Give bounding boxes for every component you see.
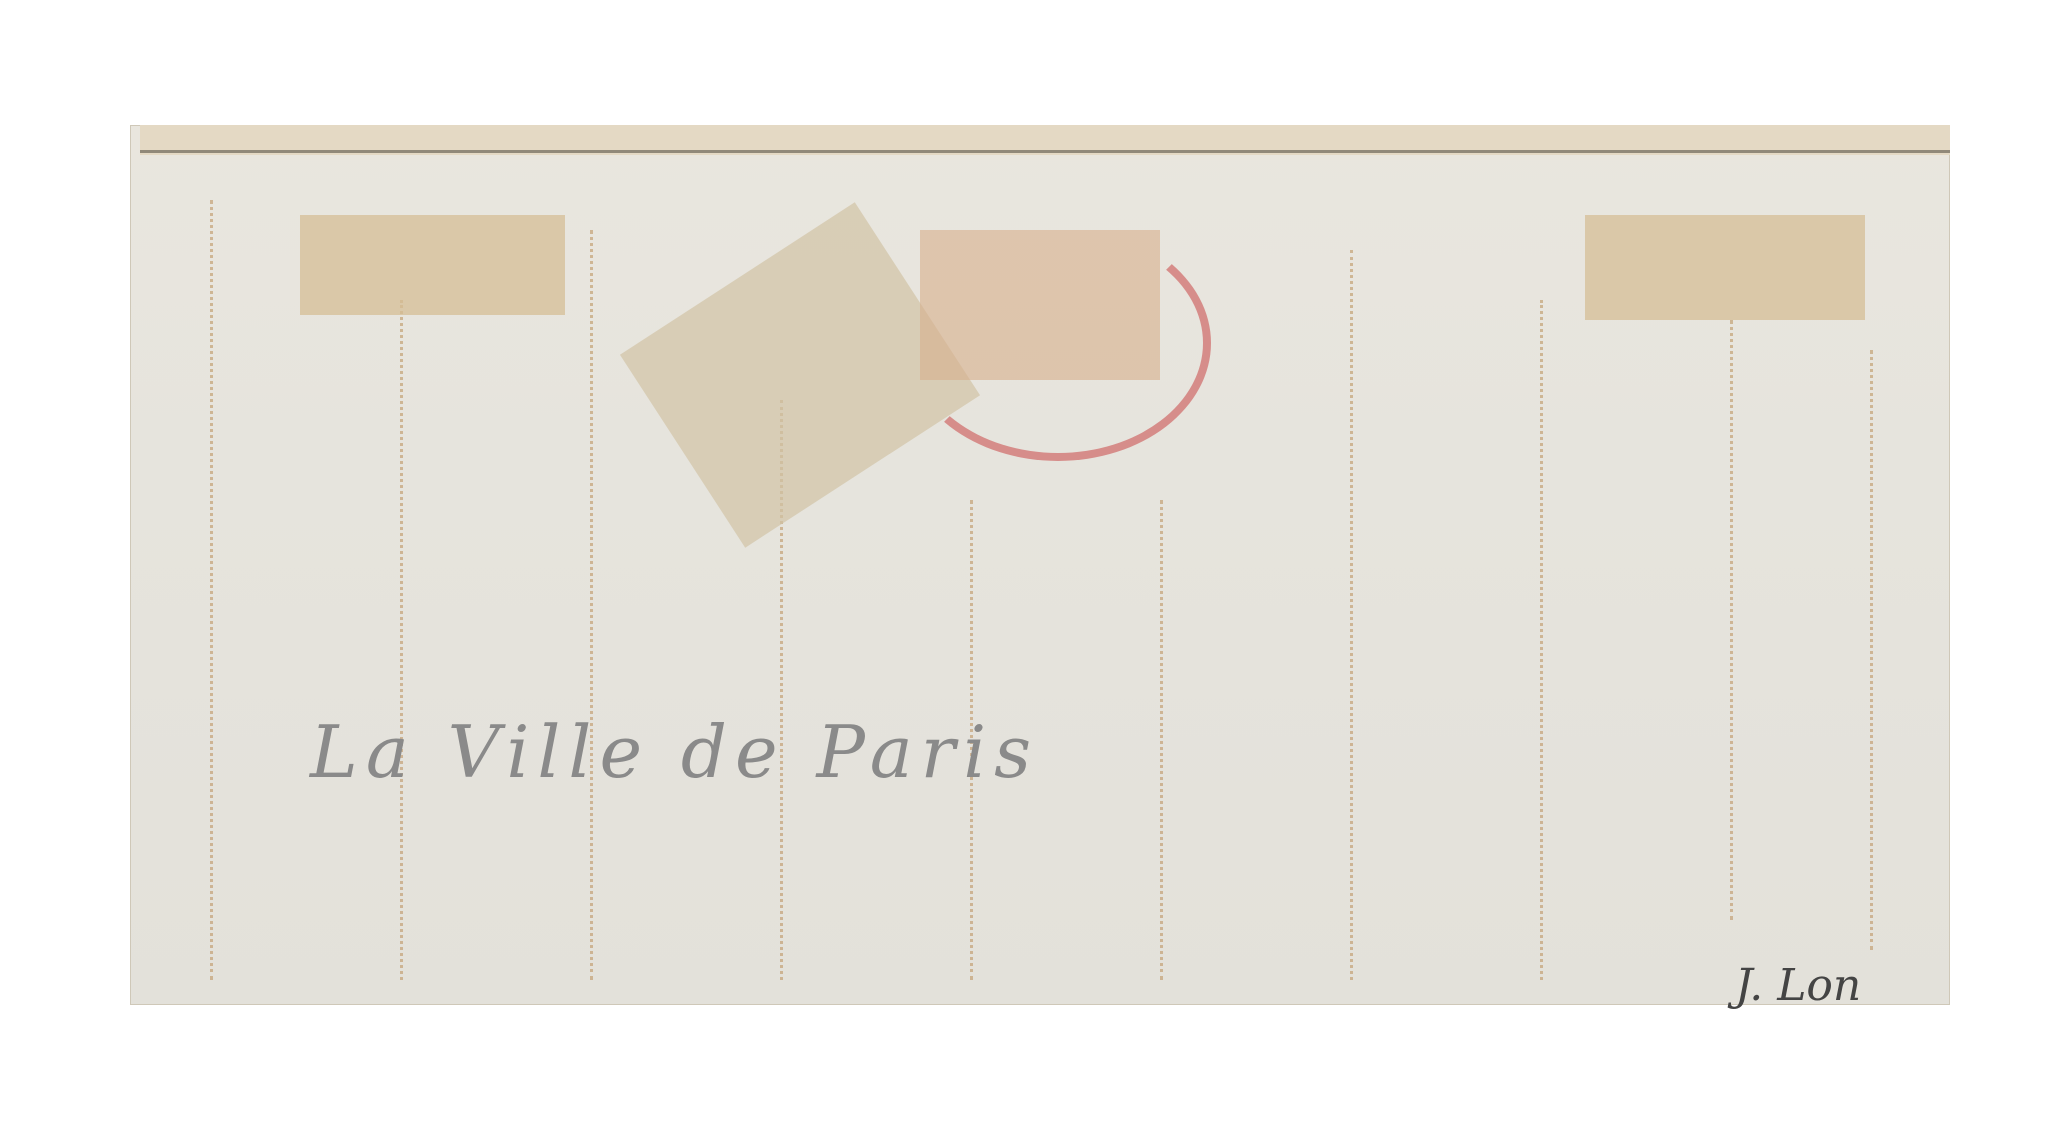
tape-right [1585,215,1865,320]
tape-left [300,215,565,315]
pencil-annotation: La Ville de Paris [310,710,1039,794]
ink-bleed-column [1540,300,1549,980]
ink-bleed-column [400,300,409,980]
ink-bleed-column [1870,350,1879,950]
flap-edge-line [140,150,1950,153]
ink-bleed-column [590,230,599,980]
ink-bleed-column [1730,320,1739,920]
ink-bleed-column [1160,500,1169,980]
ink-bleed-column [1350,250,1359,980]
red-seal-remnant [905,225,1211,461]
corner-annotation: J. Lon [1735,960,1861,1011]
ink-bleed-column [210,200,219,980]
